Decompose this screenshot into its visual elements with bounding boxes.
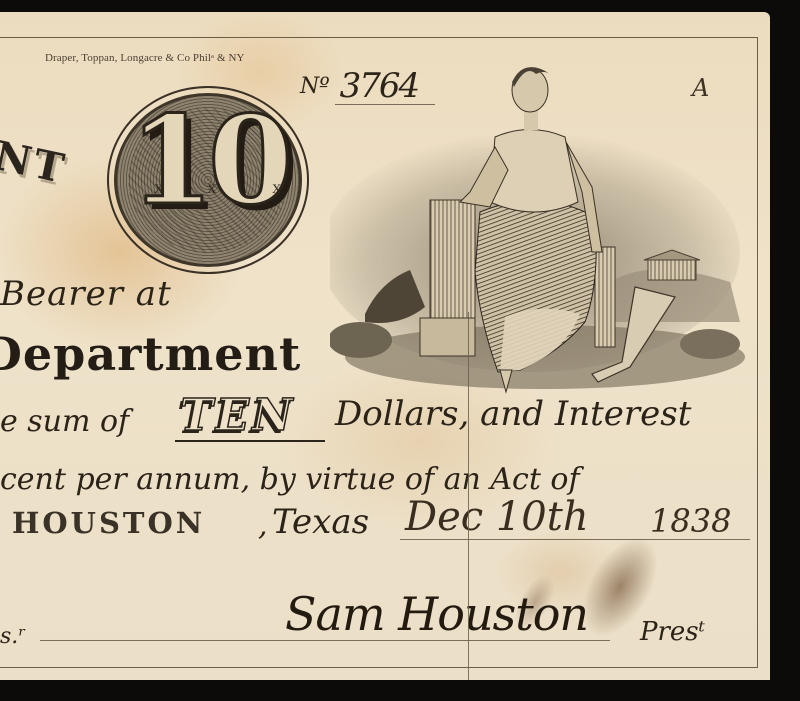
border-right [757,37,758,667]
x-mark: X [154,181,163,197]
engraver-imprint: Draper, Toppan, Longacre & Co Philᵃ & NY [45,52,245,64]
x-mark: X [272,181,281,197]
banknote: Draper, Toppan, Longacre & Co Philᵃ & NY… [0,12,770,680]
title-fragment: NT [0,132,71,193]
denomination-numeral: 10 [114,99,302,221]
state-name: Texas [272,502,369,542]
border-top [0,37,757,38]
vignette-allegorical-figure-icon [330,52,750,397]
x-mark: X [207,181,216,197]
denomination-oval: 10 X X X [107,86,309,274]
serial-prefix: Nº [300,74,330,99]
border-bottom [0,667,758,668]
president-signature: Sam Houston [285,587,588,641]
sum-text: e sum of [0,404,129,439]
fold-crease [468,312,469,680]
guilloche-pattern: 10 X X X [114,93,302,267]
issue-date: Dec 10th [405,494,589,540]
signature-title: Presᵗ [640,617,705,647]
amount-words: TEN [180,390,296,441]
issuer-name: Department [0,327,301,381]
city-name: HOUSTON [12,506,205,540]
amount-underline [175,440,325,442]
cashier-title-fragment: s.ʳ [0,624,26,649]
issue-year: 1838 [650,502,731,540]
amount-text: Dollars, and Interest [335,394,691,434]
city-comma: , [258,508,268,543]
promise-text: Bearer at [0,274,172,314]
interest-text: cent per annum, by virtue of an Act of [0,462,580,497]
